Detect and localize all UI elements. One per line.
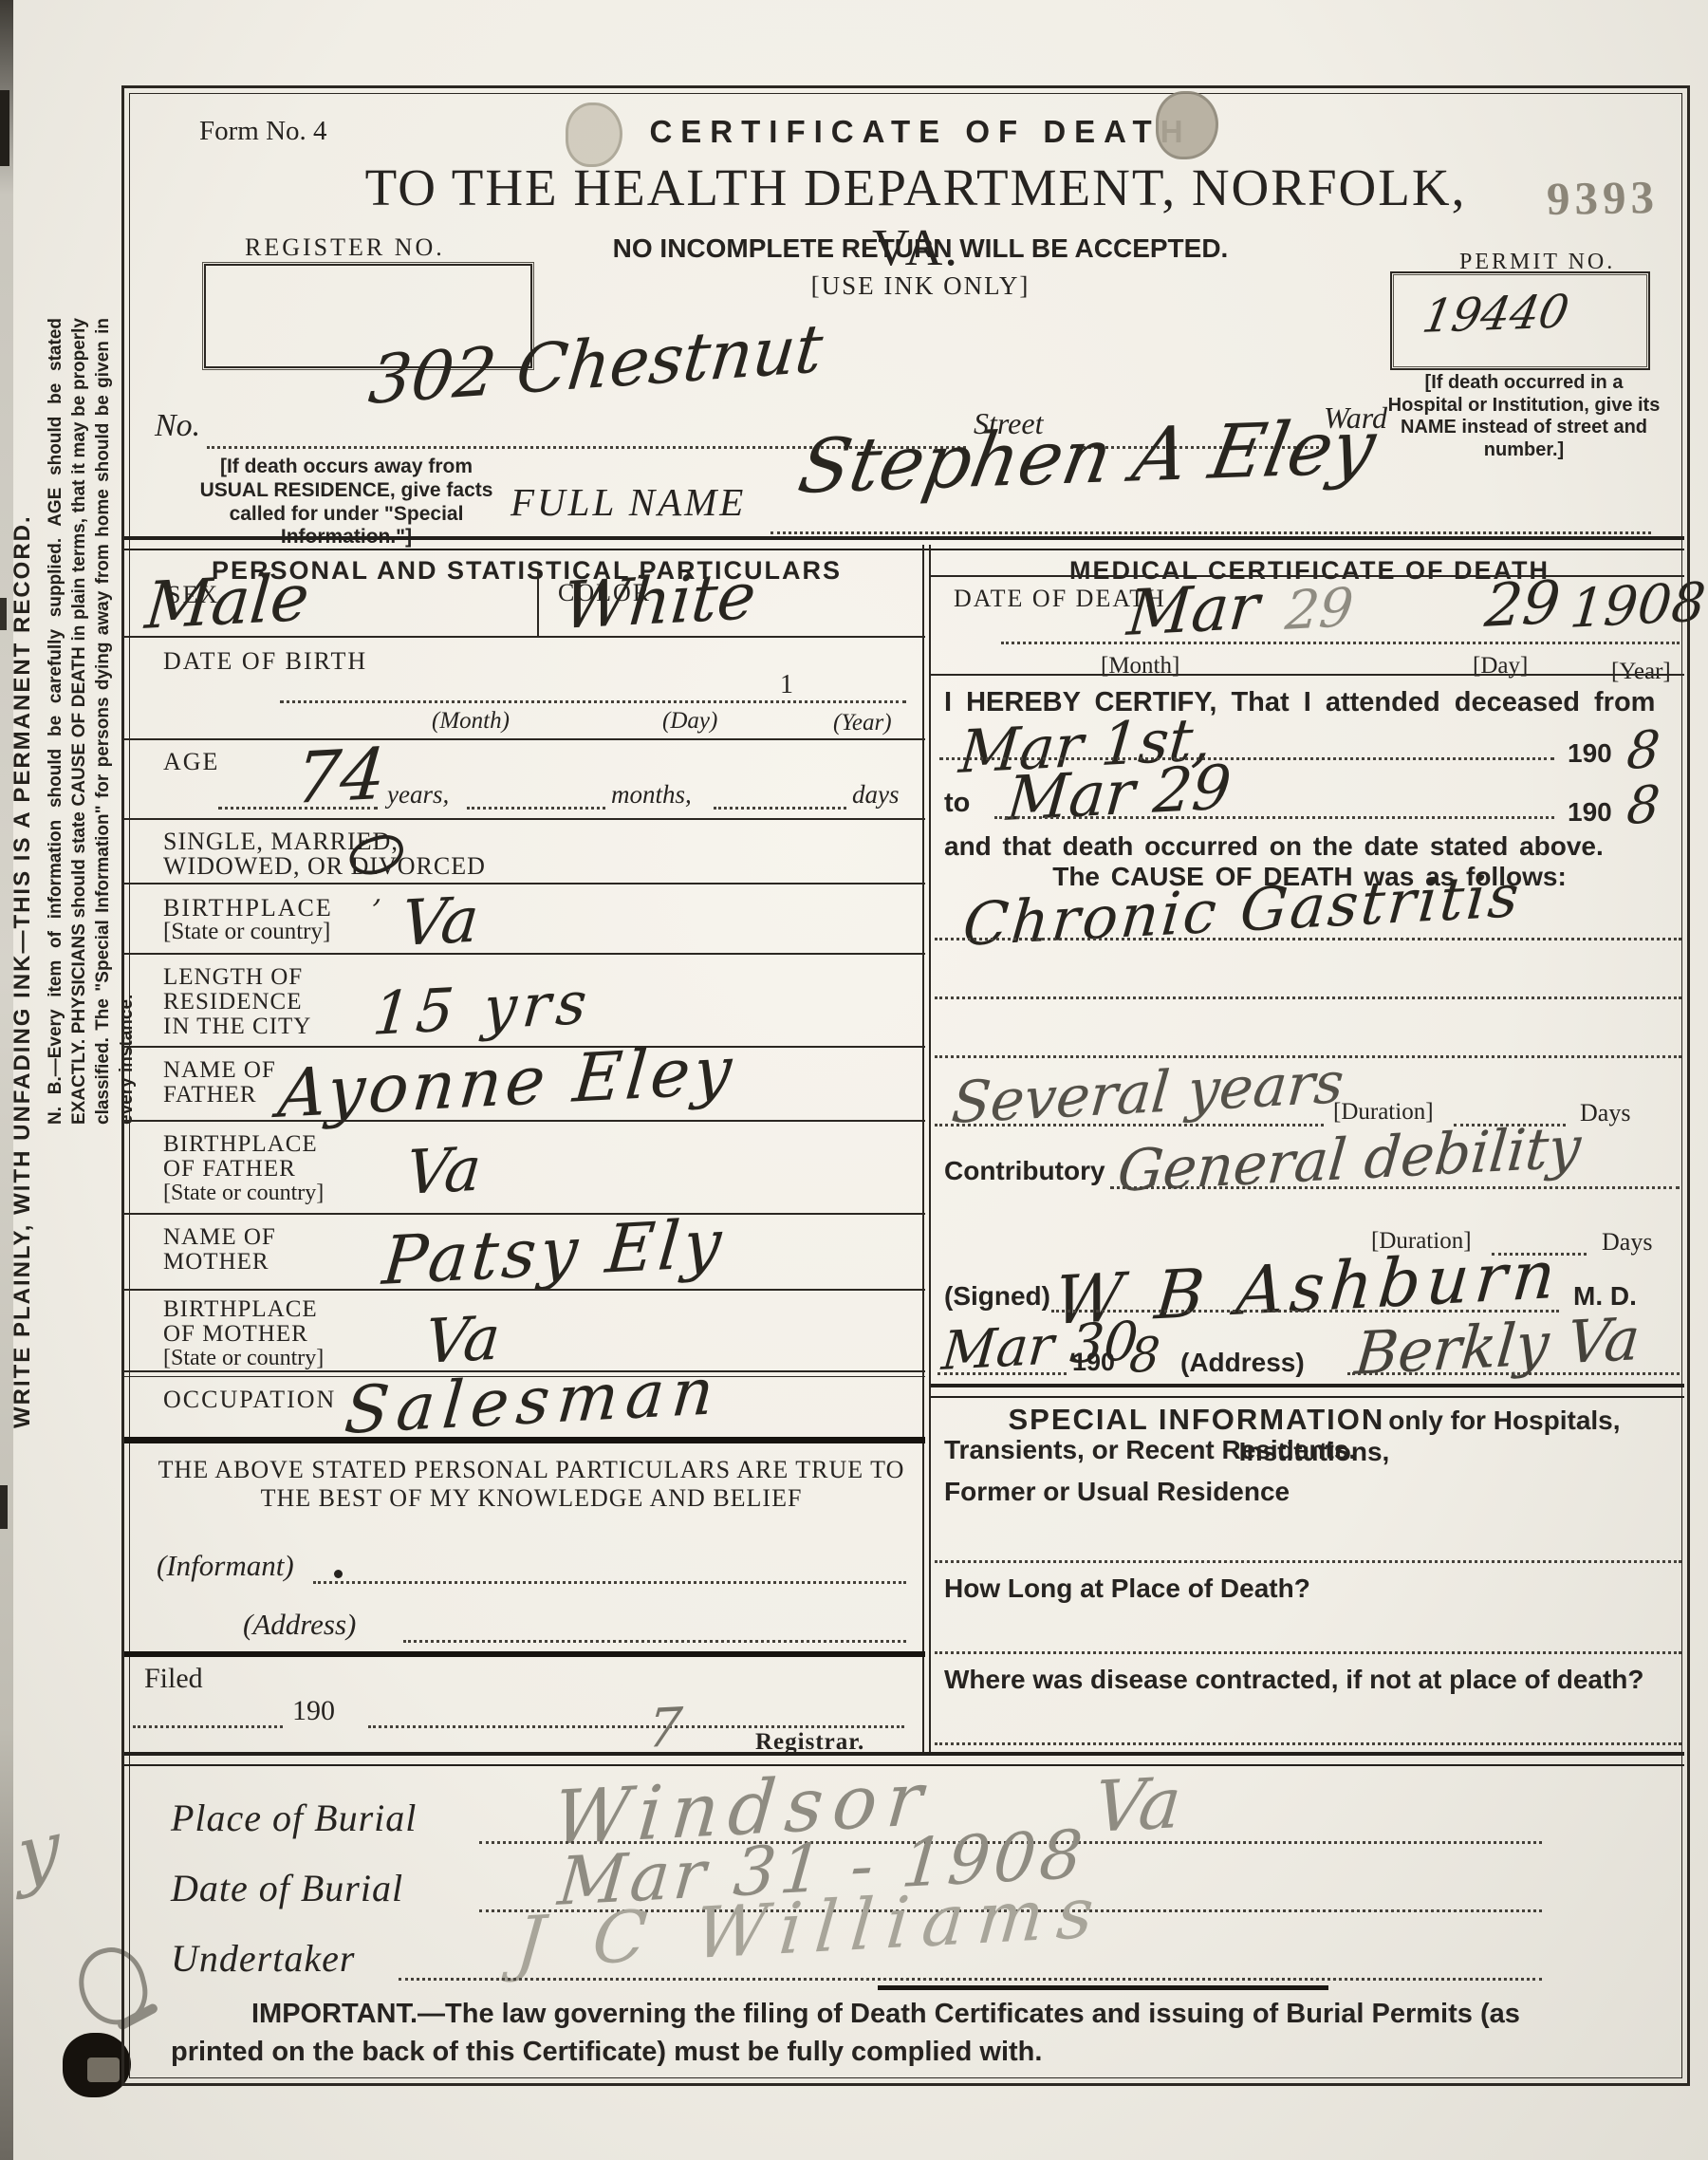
undertaker-dotted [399, 1978, 1542, 1981]
father-bp-label: BIRTHPLACE [163, 1131, 318, 1158]
to-year-digit: 8 [1624, 774, 1662, 836]
full-name-dotted-line [770, 531, 1651, 534]
contributory-label: Contributory [944, 1156, 1105, 1186]
thick-rule [124, 1437, 925, 1443]
place-of-burial-label: Place of Burial [171, 1796, 417, 1840]
register-no-label: REGISTER NO. [245, 233, 445, 262]
residence-label: LENGTH OF [163, 964, 303, 991]
residence-label-3: IN THE CITY [163, 1014, 311, 1040]
residence-value: 15 yrs [370, 967, 595, 1049]
statement-line-1: THE ABOVE STATED PERSONAL PARTICULARS AR… [142, 1456, 920, 1484]
death-year-value: 1908 [1568, 571, 1708, 641]
duration-line-dots [935, 1124, 1324, 1127]
margin-scribble: y [16, 1802, 62, 1901]
color-value: White [560, 559, 759, 644]
important-rule [878, 1985, 1328, 1990]
occurred-line: and that death occurred on the date stat… [944, 831, 1684, 862]
date-of-burial-label: Date of Burial [171, 1866, 403, 1910]
thick-rule [124, 1651, 925, 1657]
special-info-line-2: Transients, or Recent Residents. [944, 1435, 1356, 1465]
md-address-label: (Address) [1180, 1348, 1305, 1378]
death-certificate-scan: y WRITE PLAINLY, WITH UNFADING INK—THIS … [0, 0, 1708, 2160]
certificate-title: CERTIFICATE OF DEATH [626, 114, 1215, 150]
age-days-label: days [852, 780, 900, 810]
from-year-digit: 8 [1624, 719, 1662, 781]
signed-year-digit: 8 [1127, 1327, 1162, 1384]
special-info-rule [931, 1384, 1684, 1398]
row-line [124, 953, 925, 955]
birthplace-value: Va [399, 883, 482, 960]
undertaker-label: Undertaker [171, 1936, 355, 1981]
scan-edge-mark [0, 1485, 8, 1529]
scan-edge-mark [0, 90, 9, 166]
residence-label-2: RESIDENCE [163, 989, 303, 1015]
signed-label: (Signed) [944, 1281, 1050, 1312]
special-info-strong: SPECIAL INFORMATION [1008, 1403, 1384, 1436]
no-incomplete-line: NO INCOMPLETE RETURN WILL BE ACCEPTED. [588, 233, 1253, 264]
occupation-label: OCCUPATION [163, 1386, 336, 1414]
dob-year-label: (Year) [833, 710, 892, 736]
mother-label-2: MOTHER [163, 1249, 269, 1276]
how-long-label: How Long at Place of Death? [944, 1573, 1310, 1604]
stamp-number: 9393 [1547, 170, 1660, 226]
hospital-note: [If death occurred in a Hospital or Inst… [1387, 372, 1661, 461]
row-line [124, 818, 925, 820]
where-contracted-label: Where was disease contracted, if not at … [944, 1665, 1644, 1695]
full-name-label: FULL NAME [511, 479, 746, 525]
use-ink-note: [USE INK ONLY] [721, 271, 1120, 301]
place-of-burial-state: Va [1091, 1762, 1184, 1849]
informant-address-label: (Address) [243, 1608, 356, 1642]
row-line [124, 1289, 925, 1291]
filed-dots-left [133, 1725, 283, 1728]
age-years-label: years, [387, 780, 449, 810]
filed-year-printed: 190 [292, 1695, 335, 1727]
md-address-dotted [1347, 1372, 1680, 1375]
row-line [124, 1120, 925, 1122]
death-year-label: [Year] [1611, 659, 1671, 685]
mother-label: NAME OF [163, 1224, 276, 1251]
age-dots [714, 807, 846, 810]
mother-bp-sublabel: [State or country] [163, 1346, 324, 1371]
column-divider [929, 545, 931, 1754]
to-label: to [944, 788, 970, 819]
important-line-2: printed on the back of this Certificate)… [171, 2037, 1042, 2068]
sex-color-divider [537, 569, 539, 636]
important-line-1: IMPORTANT.—The law governing the filing … [251, 1999, 1520, 2030]
death-day-value: 29 [1482, 567, 1563, 641]
sex-value: Male [142, 561, 312, 644]
dob-month-label: (Month) [432, 708, 510, 735]
row-line [931, 575, 1684, 577]
death-month-faint: 29 [1283, 577, 1356, 642]
permit-no-value: 19440 [1419, 285, 1573, 344]
age-dots [218, 807, 378, 810]
duration-days-label: Days [1580, 1099, 1630, 1127]
father-bp-value: Va [403, 1134, 484, 1209]
death-date-dotted [1001, 642, 1680, 644]
row-line [931, 674, 1684, 676]
cause-dotted-2 [935, 996, 1681, 999]
cause-dotted-1 [935, 938, 1681, 940]
where-contracted-dotted [935, 1742, 1681, 1745]
ink-blot-core [87, 2058, 120, 2082]
duration-label: [Duration] [1333, 1099, 1434, 1126]
signed-year-printed: 190 [1072, 1348, 1115, 1377]
dob-day-label: (Day) [662, 708, 717, 735]
former-residence-label: Former or Usual Residence [944, 1477, 1290, 1507]
duration-days-label-2: Days [1602, 1228, 1652, 1257]
dob-value: 1 [780, 670, 793, 700]
house-no-label: No. [155, 408, 200, 444]
row-line [124, 738, 925, 740]
age-label: AGE [163, 748, 219, 776]
father-label: NAME OF [163, 1057, 276, 1084]
informant-ink-dot [334, 1570, 343, 1578]
informant-address-dotted [403, 1640, 906, 1643]
father-bp-label-2: OF FATHER [163, 1156, 296, 1182]
from-year-printed: 190 [1568, 738, 1612, 769]
informant-label: (Informant) [157, 1549, 294, 1583]
to-year-printed: 190 [1568, 797, 1612, 828]
father-label-2: FATHER [163, 1082, 257, 1108]
mother-bp-label-2: OF MOTHER [163, 1321, 308, 1348]
row-line [124, 636, 925, 638]
filed-dots-right [368, 1725, 904, 1728]
former-residence-dotted [935, 1560, 1681, 1563]
dob-dotted-line [280, 700, 906, 703]
marital-label-2: WIDOWED, OR DIVORCED [163, 852, 486, 881]
age-months-label: months, [611, 780, 692, 810]
attended-to-value: Mar 29 [1004, 753, 1234, 835]
contributory-dotted [1110, 1186, 1680, 1189]
scan-edge-mark [0, 598, 7, 630]
sidebar-write-plainly: WRITE PLAINLY, WITH UNFADING INK—THIS IS… [9, 384, 42, 1428]
column-divider [922, 545, 924, 1754]
row-line [124, 883, 925, 884]
father-bp-sublabel: [State or country] [163, 1181, 324, 1206]
attended-from-dotted [939, 757, 1554, 760]
form-no-label: Form No. 4 [199, 116, 327, 147]
informant-dotted-line [313, 1581, 906, 1584]
how-long-dotted [935, 1651, 1681, 1654]
signed-date-dots [938, 1372, 1067, 1375]
age-dots [467, 807, 605, 810]
statement-line-2: THE BEST OF MY KNOWLEDGE AND BELIEF [142, 1484, 920, 1513]
sidebar-nb-note: N. B.—Every item of information should b… [44, 318, 121, 1125]
dob-label: DATE OF BIRTH [163, 647, 367, 676]
registrar-stray-mark: 7 [645, 1697, 684, 1760]
attended-to-dotted [994, 816, 1554, 819]
birthplace-sublabel: [State or country] [163, 919, 330, 945]
section-divider-rule [124, 536, 1684, 550]
mother-bp-label: BIRTHPLACE [163, 1296, 318, 1323]
filed-label: Filed [144, 1663, 203, 1695]
death-month-value: Mar [1124, 569, 1262, 650]
